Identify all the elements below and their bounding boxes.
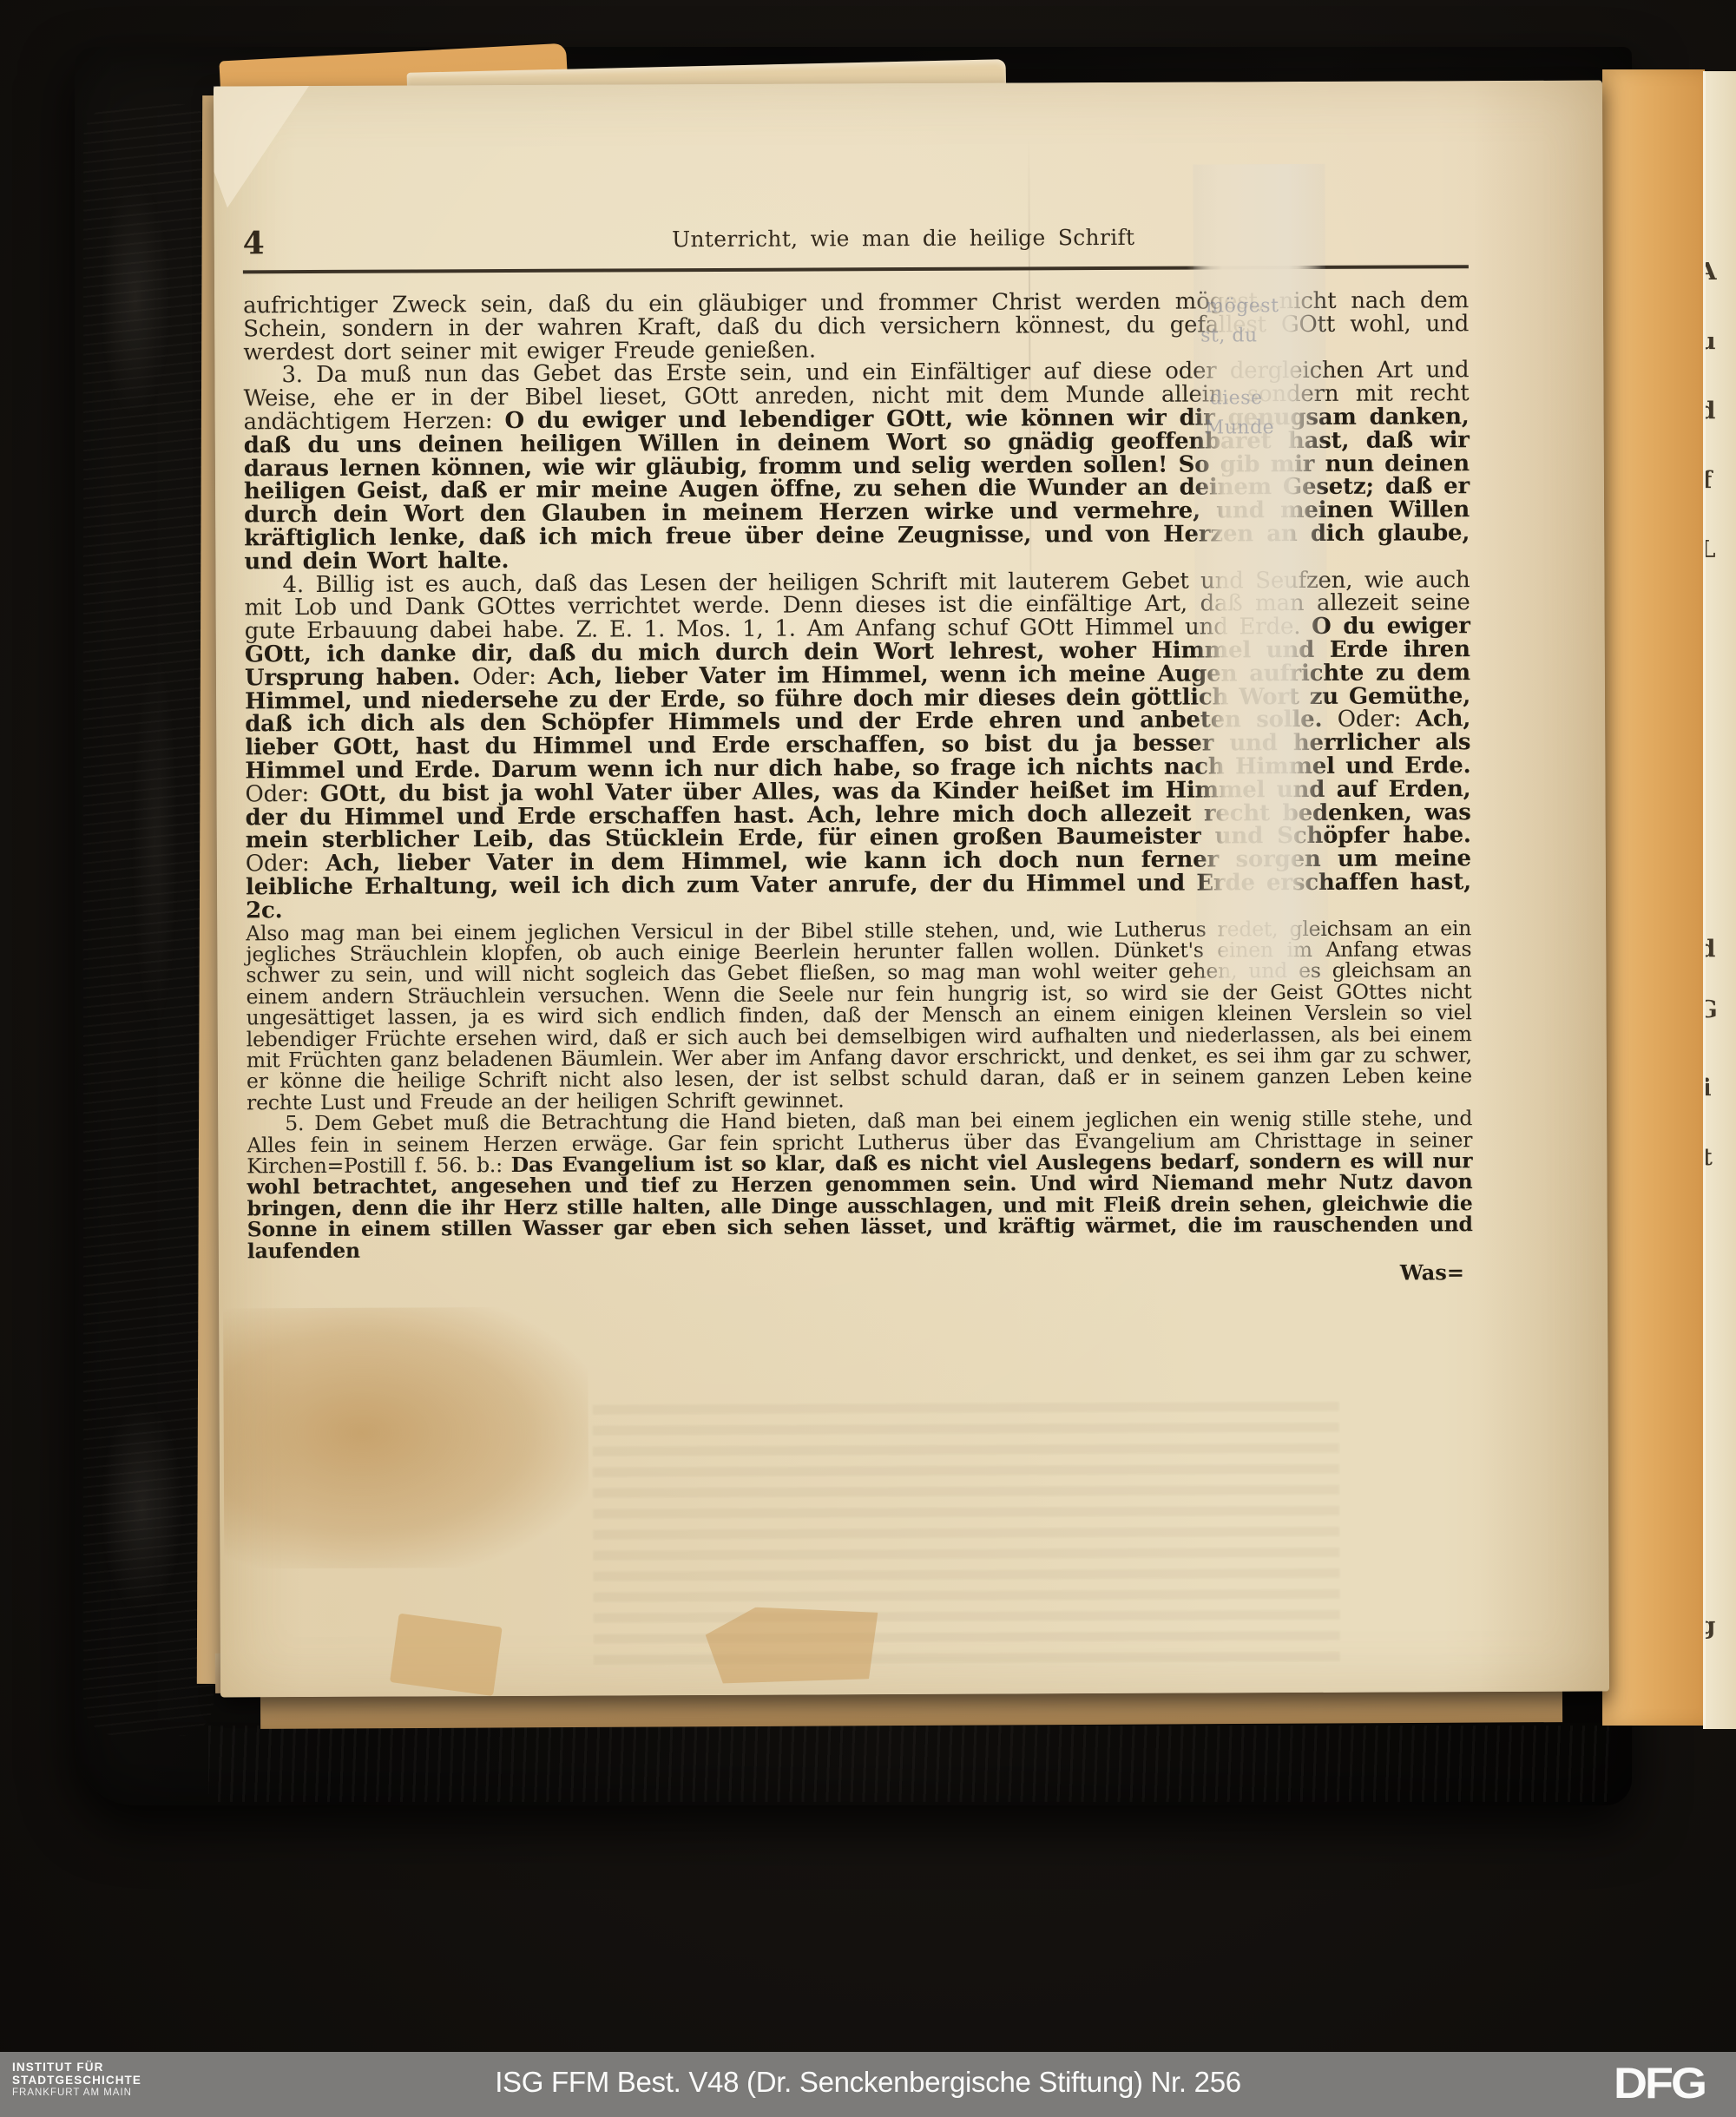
cutoff-letter: i: [1703, 1075, 1712, 1101]
archive-footer-bar: INSTITUT FÜR STADTGESCHICHTE FRANKFURT A…: [0, 2052, 1736, 2117]
body-copy: Oder:: [472, 664, 548, 690]
book-page: 4 Unterricht, wie man die heilige Schrif…: [214, 81, 1609, 1698]
ghost-text: diese: [1209, 387, 1262, 409]
cutoff-letter: L: [1703, 536, 1715, 563]
tape-repair: [390, 1614, 503, 1696]
catchword: Was=: [247, 1259, 1473, 1290]
torn-paper-flap: [214, 86, 310, 207]
cutoff-letter: G: [1703, 996, 1718, 1023]
cutoff-letter: u: [1703, 328, 1716, 355]
paper-stain: [223, 1307, 589, 1569]
cutoff-letter: g: [1703, 1613, 1715, 1640]
ghost-text: mögest: [1206, 295, 1279, 317]
faded-damage-strip: [1193, 164, 1328, 981]
page-right-shading: [1472, 81, 1609, 1693]
ghost-text: st, du: [1200, 325, 1257, 346]
cover-bottom-edge: [208, 1726, 1614, 1802]
photo-background: A u d f L d G i t g 4 Unterricht, wie ma…: [0, 0, 1736, 2117]
cutoff-letter: t: [1703, 1144, 1713, 1171]
cutoff-letter: A: [1703, 259, 1717, 286]
page-number: 4: [243, 225, 266, 261]
archive-reference: ISG FFM Best. V48 (Dr. Senckenbergische …: [0, 2066, 1736, 2099]
body-copy: Oder:: [246, 851, 325, 877]
cutoff-letter: d: [1703, 936, 1715, 963]
cutoff-letter: d: [1703, 398, 1715, 424]
body-copy: Oder:: [1338, 707, 1416, 733]
page-edge-strip: [1602, 69, 1705, 1726]
facing-page-sliver: A u d f L d G i t g: [1703, 71, 1736, 1729]
ghost-text: Munde: [1205, 417, 1275, 438]
body-copy: Oder:: [245, 781, 319, 807]
paragraph: 5. Dem Gebet muß die Betrachtung die Han…: [247, 1108, 1473, 1261]
dfg-logo: DFG: [1614, 2059, 1705, 2108]
verso-showthrough: [593, 1401, 1340, 1665]
cutoff-letter: f: [1703, 467, 1712, 494]
book-spine: [83, 104, 214, 1736]
